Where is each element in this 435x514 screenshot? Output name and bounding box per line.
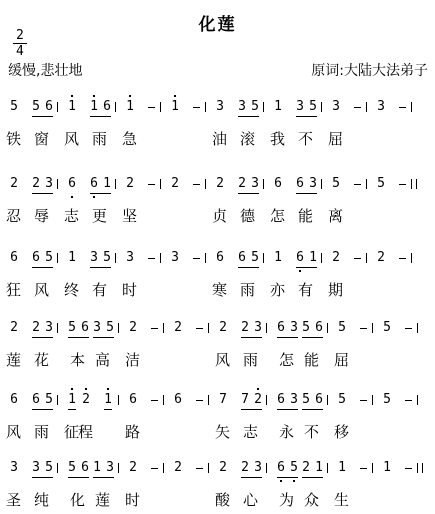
barline (57, 179, 58, 189)
lyric-syllable: 怎 (270, 205, 285, 226)
barline (266, 323, 267, 333)
note: 3 (216, 100, 224, 118)
note-group: 63 (277, 321, 298, 338)
note-group: 23 (32, 321, 53, 338)
note-digit: 5 (10, 100, 18, 116)
barline (327, 323, 328, 333)
lyric-syllable: 油 (212, 128, 227, 149)
lyric-syllable: 本 (70, 349, 85, 370)
note-digit: 1 (68, 393, 76, 409)
lyric-syllable: 时 (122, 279, 137, 300)
note-digit: 1 (309, 251, 317, 267)
note: 2 (219, 461, 227, 479)
barline (118, 463, 119, 473)
barline (263, 253, 264, 263)
final-barline (417, 463, 423, 473)
lyric-syllable: 终 (64, 279, 79, 300)
note: 5 (338, 321, 346, 339)
note-digit: 6 (296, 251, 304, 267)
duration-dash (399, 258, 406, 259)
lyric-syllable: 能 (304, 349, 319, 370)
note-group: 72 (241, 393, 262, 410)
note-digit: 3 (238, 100, 246, 116)
lyric-syllable: 移 (334, 421, 349, 442)
note-digit: 5 (338, 393, 346, 409)
note: 1 (171, 100, 179, 118)
note-digit: 2 (254, 393, 262, 409)
note-digit: 2 (82, 393, 90, 409)
note-digit: 1 (68, 251, 76, 267)
note-group: 35 (296, 100, 317, 117)
lyric-syllable: 雨 (34, 421, 49, 442)
note-digit: 2 (129, 321, 137, 337)
lyric-syllable: 怎 (279, 349, 294, 370)
note-digit: 2 (302, 461, 310, 477)
final-barline (411, 179, 417, 189)
note-digit: 5 (251, 100, 259, 116)
note-digit: 6 (32, 251, 40, 267)
octave-dot-low (293, 480, 295, 482)
note-digit: 3 (254, 461, 262, 477)
note: 2 (216, 177, 224, 195)
barline (208, 395, 209, 405)
barline (115, 179, 116, 189)
lyric-syllable: 寒 (212, 279, 227, 300)
octave-dot-high (71, 95, 73, 97)
note: 2 (174, 461, 182, 479)
note-digit: 2 (238, 177, 246, 193)
lyric-syllable: 征 (64, 421, 79, 442)
note-digit: 5 (377, 177, 385, 193)
lyric-syllable: 路 (125, 421, 140, 442)
duration-dash (193, 258, 200, 259)
note-group: 65 (277, 461, 298, 478)
note-digit: 1 (383, 461, 391, 477)
duration-dash (405, 468, 412, 469)
duration-dash (354, 107, 361, 108)
barline (57, 102, 58, 112)
note-digit: 5 (45, 251, 53, 267)
note: 7 (219, 393, 227, 411)
octave-dot-high (257, 388, 259, 390)
note-digit: 3 (296, 100, 304, 116)
barline (163, 323, 164, 333)
note: 2 (82, 393, 90, 411)
note-group: 56 (68, 461, 89, 478)
note-digit: 6 (277, 461, 285, 477)
lyric-syllable: 屈 (334, 349, 349, 370)
note-digit: 1 (171, 100, 179, 116)
note-digit: 6 (81, 461, 89, 477)
note-digit: 6 (315, 321, 323, 337)
lyric-syllable: 急 (122, 128, 137, 149)
underlined-note: 1 (104, 393, 112, 410)
note-digit: 2 (126, 177, 134, 193)
note-digit: 3 (106, 461, 114, 477)
lyric-syllable: 窗 (34, 128, 49, 149)
note: 2 (219, 321, 227, 339)
barline (411, 253, 412, 263)
barline (372, 463, 373, 473)
note-group: 16 (90, 100, 111, 117)
note-group: 65 (32, 251, 53, 268)
note-digit: 7 (241, 393, 249, 409)
lyric-syllable: 雨 (240, 279, 255, 300)
lyric-syllable: 高 (95, 349, 110, 370)
note: 2 (171, 177, 179, 195)
note: 1 (126, 100, 134, 118)
note: 5 (332, 177, 340, 195)
note-digit: 2 (219, 321, 227, 337)
note: 2 (10, 177, 18, 195)
note-digit: 6 (10, 393, 18, 409)
lyric-syllable: 心 (243, 489, 258, 510)
barline (263, 102, 264, 112)
note-digit: 6 (216, 251, 224, 267)
barline (118, 323, 119, 333)
lyric-syllable: 忍 (6, 205, 21, 226)
note-digit: 1 (68, 100, 76, 116)
note-group: 61 (90, 177, 111, 194)
note-digit: 2 (32, 321, 40, 337)
barline (208, 323, 209, 333)
score: 5铁56窗1风16雨1急13油35滚1我35不3屈32忍23辱6志61更2坚22… (0, 0, 435, 514)
lyric-syllable: 生 (334, 489, 349, 510)
note-digit: 3 (332, 100, 340, 116)
duration-dash (151, 468, 158, 469)
lyric-syllable: 离 (328, 205, 343, 226)
barline (160, 179, 161, 189)
lyric-syllable: 有 (92, 279, 107, 300)
duration-dash (148, 184, 155, 185)
lyric-syllable: 莲 (95, 489, 110, 510)
note: 6 (10, 393, 18, 411)
note-digit: 2 (10, 321, 18, 337)
note-digit: 1 (126, 100, 134, 116)
note-digit: 6 (315, 393, 323, 409)
duration-dash (151, 328, 158, 329)
note-group: 65 (238, 251, 259, 268)
barline (321, 179, 322, 189)
lyric-syllable: 圣 (6, 489, 21, 510)
note: 2 (126, 177, 134, 195)
note-group: 23 (241, 321, 262, 338)
note-digit: 5 (32, 100, 40, 116)
barline (205, 102, 206, 112)
note-digit: 6 (277, 321, 285, 337)
barline (372, 323, 373, 333)
lyric-syllable: 花 (34, 349, 49, 370)
note: 3 (332, 100, 340, 118)
lyric-syllable: 我 (270, 128, 285, 149)
lyric-syllable: 风 (215, 349, 230, 370)
note-digit: 1 (315, 461, 323, 477)
note-digit: 5 (45, 393, 53, 409)
lyric-syllable: 程 (78, 421, 93, 442)
note-digit: 2 (174, 461, 182, 477)
lyric-syllable: 不 (304, 421, 319, 442)
lyric-syllable: 能 (298, 205, 313, 226)
note: 3 (10, 461, 18, 479)
barline (57, 395, 58, 405)
note-digit: 5 (302, 393, 310, 409)
note-digit: 2 (32, 177, 40, 193)
note-digit: 5 (338, 321, 346, 337)
octave-dot-low (93, 196, 95, 198)
note-digit: 2 (219, 461, 227, 477)
lyric-syllable: 众 (304, 489, 319, 510)
lyric-syllable: 辱 (34, 205, 49, 226)
note-digit: 3 (309, 177, 317, 193)
note-group: 23 (32, 177, 53, 194)
octave-dot-high (174, 95, 176, 97)
lyric-syllable: 坚 (122, 205, 137, 226)
barline (366, 179, 367, 189)
barline (115, 102, 116, 112)
note: 3 (377, 100, 385, 118)
lyric-syllable: 酸 (215, 489, 230, 510)
barline (372, 395, 373, 405)
duration-dash (148, 258, 155, 259)
note-group: 23 (241, 461, 262, 478)
note-digit: 3 (90, 251, 98, 267)
lyric-syllable: 不 (298, 128, 313, 149)
music-line: 3圣35纯56化13莲2时22酸23心65为21众1生1 (0, 451, 435, 513)
note: 6 (216, 251, 224, 269)
note: 5 (383, 393, 391, 411)
note-group: 21 (302, 461, 323, 478)
note: 6 (129, 393, 137, 411)
note: 1 (338, 461, 346, 479)
note: 6 (10, 251, 18, 269)
note-group: 35 (32, 461, 53, 478)
duration-dash (360, 468, 367, 469)
note-group: 65 (32, 393, 53, 410)
note-group: 56 (68, 321, 89, 338)
lyric-syllable: 矢 (215, 421, 230, 442)
note-digit: 6 (174, 393, 182, 409)
barline (208, 463, 209, 473)
note-digit: 6 (81, 321, 89, 337)
duration-dash (196, 400, 203, 401)
note: 1 (274, 251, 282, 269)
barline (327, 463, 328, 473)
note-digit: 7 (219, 393, 227, 409)
barline (266, 395, 267, 405)
note: 1 (68, 251, 76, 269)
note-digit: 1 (274, 100, 282, 116)
note: 2 (332, 251, 340, 269)
lyric-syllable: 志 (64, 205, 79, 226)
note-digit: 5 (332, 177, 340, 193)
note-digit: 5 (309, 100, 317, 116)
note-digit: 5 (383, 321, 391, 337)
barline (163, 463, 164, 473)
lyric-syllable: 风 (64, 128, 79, 149)
note-digit: 6 (32, 393, 40, 409)
lyric-syllable: 狂 (6, 279, 21, 300)
lyric-syllable: 洁 (125, 349, 140, 370)
note-digit: 1 (104, 393, 112, 409)
duration-dash (196, 328, 203, 329)
note-digit: 6 (10, 251, 18, 267)
barline (417, 395, 418, 405)
lyric-syllable: 铁 (6, 128, 21, 149)
barline (115, 253, 116, 263)
note-digit: 2 (241, 321, 249, 337)
note-digit: 5 (68, 461, 76, 477)
sheet-music-page: 化莲 2 4 缓慢,悲壮地 原词:大陆大法弟子 5铁56窗1风16雨1急13油3… (0, 0, 435, 514)
music-line: 2莲23花56本35高2洁22风23雨63怎56能5屈5 (0, 311, 435, 373)
lyric-syllable: 志 (243, 421, 258, 442)
lyric-syllable: 风 (34, 279, 49, 300)
octave-dot-high (71, 388, 73, 390)
note-group: 35 (238, 100, 259, 117)
note-digit: 3 (254, 321, 262, 337)
note-digit: 2 (241, 461, 249, 477)
duration-dash (354, 184, 361, 185)
barline (57, 253, 58, 263)
note: 5 (383, 321, 391, 339)
barline (327, 395, 328, 405)
lyric-syllable: 屈 (328, 128, 343, 149)
duration-dash (399, 184, 406, 185)
duration-dash (354, 258, 361, 259)
lyric-syllable: 为 (279, 489, 294, 510)
note-digit: 6 (68, 177, 76, 193)
barline (57, 463, 58, 473)
duration-dash (196, 468, 203, 469)
note-group: 13 (93, 461, 114, 478)
barline (205, 253, 206, 263)
barline (118, 395, 119, 405)
note: 5 (338, 393, 346, 411)
note-digit: 3 (290, 393, 298, 409)
note-digit: 3 (171, 251, 179, 267)
octave-dot-high (107, 388, 109, 390)
barline (263, 179, 264, 189)
lyric-syllable: 风 (6, 421, 21, 442)
note-digit: 5 (383, 393, 391, 409)
note-digit: 3 (45, 177, 53, 193)
duration-dash (360, 400, 367, 401)
note-digit: 2 (377, 251, 385, 267)
barline (417, 323, 418, 333)
duration-dash (405, 328, 412, 329)
note-digit: 5 (302, 321, 310, 337)
note: 3 (126, 251, 134, 269)
note-digit: 3 (126, 251, 134, 267)
music-line: 6风65雨1征2程16路67矢72志63永56不5移5 (0, 383, 435, 445)
music-line: 2忍23辱6志61更2坚22贞23德6怎63能5离5 (0, 167, 435, 229)
octave-dot-low (71, 196, 73, 198)
note-digit: 6 (274, 177, 282, 193)
note: 5 (377, 177, 385, 195)
barline (321, 253, 322, 263)
barline (160, 102, 161, 112)
lyric-syllable: 贞 (212, 205, 227, 226)
note: 2 (174, 321, 182, 339)
note-digit: 2 (129, 461, 137, 477)
note-digit: 3 (45, 321, 53, 337)
lyric-syllable: 雨 (243, 349, 258, 370)
note-group: 35 (90, 251, 111, 268)
octave-dot-high (93, 95, 95, 97)
note-digit: 6 (129, 393, 137, 409)
note-digit: 6 (45, 100, 53, 116)
note-digit: 2 (174, 321, 182, 337)
duration-dash (193, 107, 200, 108)
note-digit: 2 (332, 251, 340, 267)
note: 2 (129, 461, 137, 479)
note-digit: 3 (93, 321, 101, 337)
note: 6 (68, 177, 76, 195)
note-group: 56 (302, 393, 323, 410)
note-digit: 3 (290, 321, 298, 337)
note-digit: 6 (296, 177, 304, 193)
lyric-syllable: 有 (298, 279, 313, 300)
note-digit: 6 (103, 100, 111, 116)
barline (321, 102, 322, 112)
note-digit: 3 (216, 100, 224, 116)
lyric-syllable: 化 (70, 489, 85, 510)
barline (160, 253, 161, 263)
note-group: 63 (296, 177, 317, 194)
note-digit: 2 (171, 177, 179, 193)
note-digit: 6 (90, 177, 98, 193)
duration-dash (148, 107, 155, 108)
note-group: 56 (302, 321, 323, 338)
note-digit: 1 (93, 461, 101, 477)
octave-dot-high (85, 388, 87, 390)
duration-dash (405, 400, 412, 401)
note-digit: 5 (68, 321, 76, 337)
note-digit: 6 (238, 251, 246, 267)
lyric-syllable: 更 (92, 205, 107, 226)
lyric-syllable: 期 (328, 279, 343, 300)
note-group: 56 (32, 100, 53, 117)
barline (266, 463, 267, 473)
lyric-syllable: 亦 (270, 279, 285, 300)
lyric-syllable: 纯 (34, 489, 49, 510)
note: 1 (274, 100, 282, 118)
note: 6 (274, 177, 282, 195)
duration-dash (151, 400, 158, 401)
note-group: 35 (93, 321, 114, 338)
note: 1 (68, 100, 76, 118)
note-group: 23 (238, 177, 259, 194)
barline (205, 179, 206, 189)
note: 5 (10, 100, 18, 118)
duration-dash (193, 184, 200, 185)
music-line: 5铁56窗1风16雨1急13油35滚1我35不3屈3 (0, 90, 435, 152)
note: 3 (171, 251, 179, 269)
note-digit: 3 (377, 100, 385, 116)
lyric-syllable: 德 (240, 205, 255, 226)
music-line: 6狂65风1终35有3时36寒65雨1亦61有2期2 (0, 241, 435, 303)
note-digit: 1 (90, 100, 98, 116)
underlined-note: 1 (68, 393, 76, 410)
note-digit: 2 (216, 177, 224, 193)
note-digit: 1 (103, 177, 111, 193)
note-digit: 1 (274, 251, 282, 267)
barline (366, 102, 367, 112)
note: 2 (10, 321, 18, 339)
lyric-syllable: 永 (279, 421, 294, 442)
note: 1 (383, 461, 391, 479)
note: 2 (377, 251, 385, 269)
barline (163, 395, 164, 405)
